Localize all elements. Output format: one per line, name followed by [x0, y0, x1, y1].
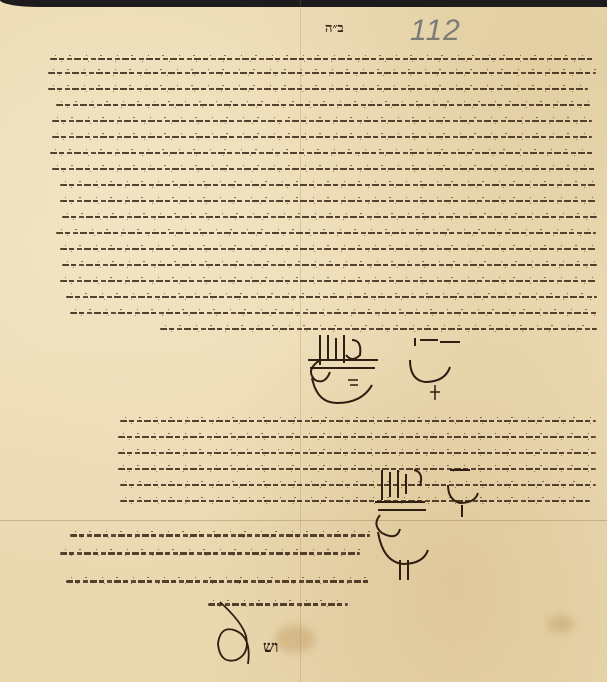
folio-number: 112 [410, 14, 461, 48]
text-line [52, 120, 592, 122]
text-line [56, 232, 596, 234]
signature-seal-1 [290, 330, 480, 430]
text-line [60, 280, 597, 282]
text-line [120, 420, 596, 422]
text-line [60, 200, 597, 202]
text-line [120, 500, 590, 502]
text-line [120, 484, 596, 486]
horizontal-fold-line [0, 520, 607, 521]
text-line [48, 72, 596, 74]
text-line [52, 136, 592, 138]
text-line [50, 58, 595, 60]
text-line [118, 468, 596, 470]
header-mark: ב״ה [325, 20, 344, 36]
text-line [48, 88, 588, 90]
paper-stain [548, 615, 574, 633]
signature-seal-2 [370, 460, 490, 580]
text-line [66, 296, 597, 298]
text-line [70, 312, 597, 314]
text-line [118, 452, 596, 454]
text-line [62, 264, 597, 266]
text-line [50, 152, 595, 154]
paper-stain [275, 625, 315, 653]
text-line [60, 184, 596, 186]
text-line [66, 580, 371, 583]
text-line [56, 104, 590, 106]
closing-initials: וש [263, 637, 278, 657]
text-line [70, 534, 370, 537]
text-line [62, 216, 597, 218]
text-line [52, 168, 595, 170]
text-line [60, 552, 360, 555]
text-line [118, 436, 596, 438]
scan-top-edge [0, 0, 607, 7]
text-line [60, 248, 597, 250]
manuscript-page: ב״ה 112 [0, 0, 607, 682]
signature-flourish [210, 600, 280, 670]
